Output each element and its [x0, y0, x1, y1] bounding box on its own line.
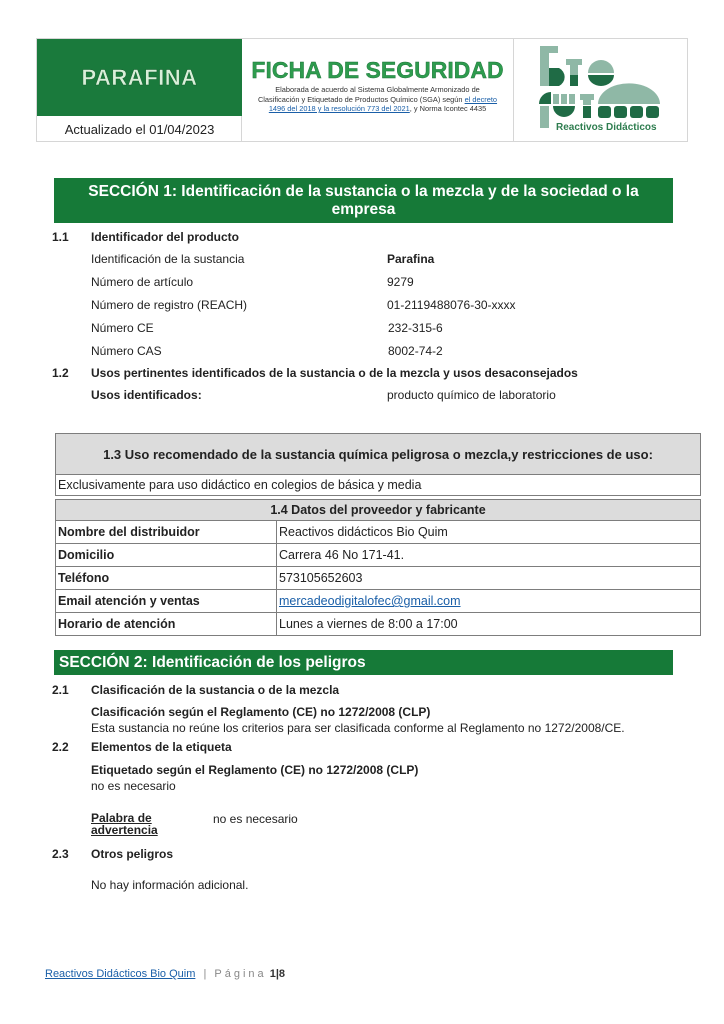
- supplier-field-label: Horario de atención: [56, 613, 277, 636]
- table-row: Nombre del distribuidor Reactivos didáct…: [56, 521, 701, 544]
- logo-tagline: Reactivos Didácticos: [556, 122, 657, 133]
- document-subtitle: Elaborada de acuerdo al Sistema Globalme…: [256, 85, 499, 114]
- supplier-field-value: Lunes a viernes de 8:00 a 17:00: [277, 613, 701, 636]
- section-1-title: SECCIÓN 1: Identificación de la sustanci…: [54, 178, 673, 223]
- identifier-value: 9279: [387, 275, 414, 289]
- signal-word-label: Palabra de advertencia: [91, 812, 158, 836]
- supplier-table: 1.4 Datos del proveedor y fabricante Nom…: [55, 499, 701, 636]
- identifier-label: Número de registro (REACH): [91, 298, 247, 312]
- section-2-2-subheading: Etiquetado según el Reglamento (CE) no 1…: [91, 763, 418, 777]
- identifier-label: Número de artículo: [91, 275, 193, 289]
- email-link[interactable]: mercadeodigitalofec@gmail.com: [279, 594, 461, 608]
- supplier-field-label: Email atención y ventas: [56, 590, 277, 613]
- supplier-field-label: Teléfono: [56, 567, 277, 590]
- company-link[interactable]: Reactivos Didácticos Bio Quim: [45, 968, 195, 980]
- table-row: Email atención y ventas mercadeodigitalo…: [56, 590, 701, 613]
- page-total: 8: [279, 968, 285, 980]
- section-2-2-text: no es necesario: [91, 779, 176, 793]
- recommended-use-table: 1.3 Uso recomendado de la sustancia quím…: [55, 433, 701, 496]
- header-title-cell: FICHA DE SEGURIDAD Elaborada de acuerdo …: [242, 38, 514, 142]
- section-2-3-heading: Otros peligros: [91, 847, 173, 861]
- section-2-2-heading: Elementos de la etiqueta: [91, 740, 232, 754]
- supplier-field-label: Nombre del distribuidor: [56, 521, 277, 544]
- section-1-1-number: 1.1: [52, 230, 69, 244]
- signal-word-value: no es necesario: [213, 812, 298, 826]
- bioquim-logo: Reactivos Didácticos: [528, 44, 678, 140]
- table-row: Teléfono 573105652603: [56, 567, 701, 590]
- page-word: Página: [214, 968, 266, 980]
- supplier-field-value: Carrera 46 No 171-41.: [277, 544, 701, 567]
- identifier-label: Número CAS: [91, 344, 162, 358]
- section-1-2-heading: Usos pertinentes identificados de la sus…: [91, 366, 578, 380]
- section-2-2-number: 2.2: [52, 740, 69, 754]
- table-row: Horario de atención Lunes a viernes de 8…: [56, 613, 701, 636]
- page-footer: Reactivos Didácticos Bio Quim | Página 1…: [45, 968, 285, 980]
- identifier-label: Número CE: [91, 321, 154, 335]
- product-name-box: PARAFINA: [37, 39, 242, 116]
- product-name: PARAFINA: [81, 65, 197, 91]
- supplier-field-value: Reactivos didácticos Bio Quim: [277, 521, 701, 544]
- recommended-use-heading: 1.3 Uso recomendado de la sustancia quím…: [56, 434, 701, 475]
- section-2-1-number: 2.1: [52, 683, 69, 697]
- supplier-field-value: 573105652603: [277, 567, 701, 590]
- footer-separator: |: [203, 968, 206, 980]
- section-2-3-text: No hay información adicional.: [91, 878, 248, 892]
- supplier-field-label: Domicilio: [56, 544, 277, 567]
- identified-uses-label: Usos identificados:: [91, 388, 202, 402]
- identifier-label: Identificación de la sustancia: [91, 252, 244, 266]
- identifier-value: 232-315-6: [388, 321, 443, 335]
- section-2-title: SECCIÓN 2: Identificación de los peligro…: [54, 650, 673, 675]
- table-row: Domicilio Carrera 46 No 171-41.: [56, 544, 701, 567]
- section-2-1-subheading: Clasificación según el Reglamento (CE) n…: [91, 705, 430, 719]
- section-2-1-heading: Clasificación de la sustancia o de la me…: [91, 683, 339, 697]
- supplier-field-value: mercadeodigitalofec@gmail.com: [277, 590, 701, 613]
- section-1-1-heading: Identificador del producto: [91, 230, 239, 244]
- recommended-use-text: Exclusivamente para uso didáctico en col…: [56, 475, 701, 496]
- identifier-value: Parafina: [387, 252, 434, 266]
- identified-uses-value: producto químico de laboratorio: [387, 388, 556, 402]
- supplier-heading: 1.4 Datos del proveedor y fabricante: [56, 500, 701, 521]
- section-2-1-text: Esta sustancia no reúne los criterios pa…: [91, 721, 625, 735]
- updated-date: Actualizado el 01/04/2023: [37, 116, 242, 142]
- section-1-2-number: 1.2: [52, 366, 69, 380]
- identifier-value: 01-2119488076-30-xxxx: [387, 298, 516, 312]
- section-2-3-number: 2.3: [52, 847, 69, 861]
- document-title: FICHA DE SEGURIDAD: [242, 58, 513, 82]
- identifier-value: 8002-74-2: [388, 344, 443, 358]
